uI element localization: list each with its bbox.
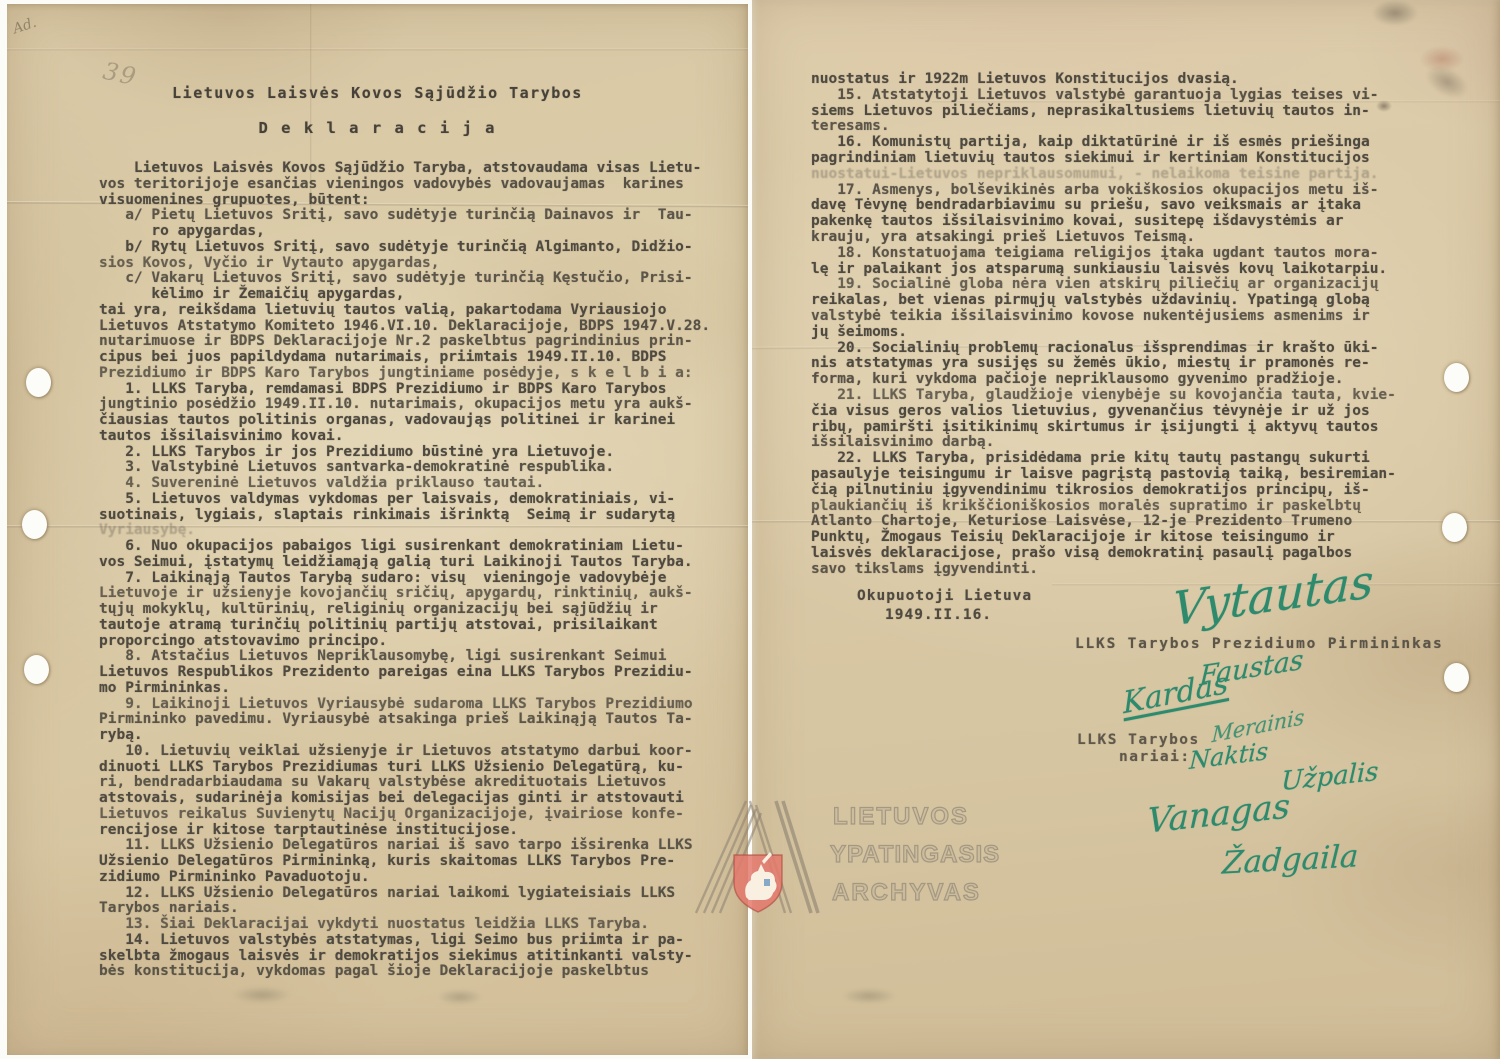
typed-line: 1. LLKS Taryba, remdamasi BDPS Prezidium… (99, 382, 710, 398)
typed-line: jungtinio posėdžio 1949.II.10. nutarimai… (99, 397, 710, 413)
typed-line: Lietuvos Laisvės Kovos Sąjūdžio Taryba, … (99, 161, 710, 177)
typed-line: tųjų mokyklų, kultūrinių, religinių orga… (99, 602, 710, 618)
punch-hole (26, 368, 51, 397)
typed-line: pagrindiniam lietuvių tautos siekimui ir… (811, 151, 1396, 167)
typed-line: tautos išsilaisvinimo kovai. (99, 429, 710, 445)
typed-line: suotinais, lygiais, slaptais rinkimais i… (99, 508, 710, 524)
bleed-through-mark (437, 989, 483, 1005)
typed-line: 8. Atstačius Lietuvos Nepriklausomybę, l… (99, 649, 710, 665)
typed-line: reikalas, bet vienas pirmųjų valstybės u… (811, 293, 1396, 309)
page2-body-text: nuostatus ir 1922m Lietuvos Konstitucijo… (811, 72, 1396, 578)
stain (1420, 59, 1474, 105)
crease-line (7, 48, 748, 51)
page-1: Ad. 39 Lietuvos Laisvės Kovos Sąjūdžio T… (7, 4, 748, 1055)
typed-line: 15. Atstatytoji Lietuvos valstybė garant… (811, 88, 1396, 104)
typed-line: Tarybos nariais. (99, 901, 710, 917)
typed-line: laisvės deklaracijose, prašo visą demokr… (811, 546, 1396, 562)
typed-line: 22. LLKS Taryba, prisidėdama prie kitų t… (811, 451, 1396, 467)
document-title: D e k l a r a c i j a (7, 119, 748, 137)
typed-line: cipus bei juos papildydama nutarimais, p… (99, 350, 710, 366)
typed-line: visuomenines grupuotes, būtent: (99, 193, 710, 209)
signature-zadgaila: Žadgaila (1221, 838, 1359, 881)
typed-line: 2. LLKS Tarybos ir jos Prezidiumo būstin… (99, 445, 710, 461)
typed-line: Punktų, Žmogaus Teisių Deklaracijoje ir … (811, 530, 1396, 546)
typed-line: c/ Vakarų Lietuvos Sritį, savo sudėtyje … (99, 271, 710, 287)
typed-line: b/ Rytų Lietuvos Sritį, savo sudėtyje tu… (99, 240, 710, 256)
typed-line: krauju, yra atsakingi prieš Lietuvos Tei… (811, 230, 1396, 246)
typed-line: ri, bendradarbiaudama su Vakarų valstybė… (99, 775, 710, 791)
typed-line: 3. Valstybinė Lietuvos santvarka-demokra… (99, 460, 710, 476)
signature-vanagas: Vanagas (1147, 786, 1291, 841)
punch-hole (1444, 363, 1469, 392)
typed-line: Lietuvoje ir užsienyje kovojančių sričių… (99, 586, 710, 602)
typed-line: dinuoti LLKS Tarybos Prezidiumas turi LL… (99, 760, 710, 776)
typed-line: tautoje atramą turinčių politinių partij… (99, 618, 710, 634)
typed-line: 7. Laikinąją Tautos Tarybą sudaro: visų … (99, 571, 710, 587)
typed-line: valstybė teikia išsilaisvinimo kovose nu… (811, 309, 1396, 325)
pencil-note: Ad. (11, 15, 38, 37)
typed-line: skelbta žmogaus laisvės ir demokratijos … (99, 949, 710, 965)
typed-line: nutarimuose ir BDPS Deklaracijoje Nr.2 p… (99, 334, 710, 350)
typed-line: 14. Lietuvos valstybės atstatymas, ligi … (99, 933, 710, 949)
typed-line: Užsienio Delegatūros Pirmininką, kuris s… (99, 854, 710, 870)
typed-line: 18. Konstatuojama teigiama religijos įta… (811, 246, 1396, 262)
typed-line: davę Tėvynę bendradarbiavimu su priešu, … (811, 198, 1396, 214)
typed-line: Lietuvos Atstatymo Komiteto 1946.VI.10. … (99, 319, 710, 335)
bleed-through-mark (232, 986, 292, 1004)
typed-line: rybą. (99, 728, 710, 744)
typed-line: 19. Socialinė globa nėra vien atskirų pi… (811, 277, 1396, 293)
typed-line: 16. Komunistų partija, kaip diktatūrinė … (811, 135, 1396, 151)
document-heading: Lietuvos Laisvės Kovos Sąjūdžio Tarybos (7, 84, 748, 102)
typed-line: Prezidiumo ir BDPS Karo Tarybos jungtini… (99, 366, 710, 382)
members-label: nariai: (1119, 749, 1191, 765)
chairman-title: LLKS Tarybos Prezidiumo Pirmininkas (1075, 636, 1444, 652)
typed-line: 17. Asmenys, bolševikinės arba vokiškosi… (811, 183, 1396, 199)
typed-line: forma, kuri vykdoma pačioje nepriklausom… (811, 372, 1396, 388)
signature-uzpalis: Užpalis (1281, 757, 1379, 797)
typed-line: Vyriausybę. (99, 523, 710, 539)
typed-line: čia visus geros valios lietuvius, gyvena… (811, 404, 1396, 420)
typed-line: 4. Suvereninė Lietuvos valdžia priklauso… (99, 476, 710, 492)
typed-line: ribų, pamiršti įsitikinimų skirtumus ir … (811, 420, 1396, 436)
typed-line: vos Seimui, įstatymų leidžiamąją galią t… (99, 555, 710, 571)
typed-line: nuostatus ir 1922m Lietuvos Konstitucijo… (811, 72, 1396, 88)
signature-naktis: Naktis (1189, 737, 1269, 775)
dateline-date: 1949.II.16. (885, 607, 992, 623)
typed-line: 6. Nuo okupacijos pabaigos ligi susirenk… (99, 539, 710, 555)
typed-line: bės konstitucija, vykdomas pagal šioje D… (99, 964, 710, 980)
document-scan: Ad. 39 Lietuvos Laisvės Kovos Sąjūdžio T… (0, 0, 1500, 1059)
punch-hole (1442, 513, 1467, 542)
typed-line: 13. Šiai Deklaracijai vykdyti nuostatus … (99, 917, 710, 933)
stain (1372, 0, 1418, 26)
typed-line: proporcingo atstovavimo principo. (99, 634, 710, 650)
typed-line: Pirmininko pavedimu. Vyriausybė atsaking… (99, 712, 710, 728)
typed-line: jų šeimoms. (811, 325, 1396, 341)
typed-line: nuostatui-Lietuvos nepriklausomumui, - n… (811, 167, 1396, 183)
signature-kardas: Kardas (1122, 666, 1229, 722)
typed-line: pasaulyje teisingumu ir laisve pagrįstą … (811, 467, 1396, 483)
typed-line: plaukiančių iš krikščioniškosios moralės… (811, 499, 1396, 515)
typed-line: išsilaisvinimo darbą. (811, 435, 1396, 451)
punch-hole (24, 655, 49, 684)
typed-line: 20. Socialinių problemų racionalus išspr… (811, 341, 1396, 357)
typed-line: sios Kovos, Vyčio ir Vytauto apygardas, (99, 256, 710, 272)
typed-line: lę ir palaikant jos atsparumą sunkiausiu… (811, 262, 1396, 278)
page1-body-text: Lietuvos Laisvės Kovos Sąjūdžio Taryba, … (99, 161, 710, 980)
members-label: LLKS Tarybos (1077, 732, 1200, 748)
typed-line: čią pilnutiniu įgyvendinimu tikrosios de… (811, 483, 1396, 499)
typed-line: siems Lietuvos piliečiams, neprasikaltus… (811, 104, 1396, 120)
page-2: nuostatus ir 1922m Lietuvos Konstitucijo… (752, 0, 1500, 1059)
typed-line: mo Pirmininkas. (99, 681, 710, 697)
typed-line: čiausias tautos politinis organas, vadov… (99, 413, 710, 429)
punch-hole (22, 510, 47, 539)
bleed-through-mark (842, 988, 896, 1004)
typed-line: teresams. (811, 119, 1396, 135)
typed-line: ro apygardas, (99, 224, 710, 240)
typed-line: rencijose ir kitose tarptautinėse instit… (99, 823, 710, 839)
typed-line: zidiumo Pirmininko Pavaduotoju. (99, 870, 710, 886)
typed-line: nis atstatymas yra susijęs su žemės ūkio… (811, 356, 1396, 372)
typed-line: Lietuvos Respublikos Prezidento pareigas… (99, 665, 710, 681)
punch-hole (1444, 663, 1469, 692)
typed-line: kėlimo ir Žemaičių apygardas, (99, 287, 710, 303)
typed-line: 12. LLKS Užsienio Delegatūros nariai lai… (99, 886, 710, 902)
typed-line: 21. LLKS Taryba, glaudžioje vienybėje su… (811, 388, 1396, 404)
stain (1420, 46, 1464, 72)
typed-line: 5. Lietuvos valdymas vykdomas per laisva… (99, 492, 710, 508)
typed-line: tai yra, reikšdama lietuvių tautos valią… (99, 303, 710, 319)
typed-line: a/ Pietų Lietuvos Sritį, savo sudėtyje t… (99, 208, 710, 224)
dateline-place: Okupuotoji Lietuva (857, 588, 1032, 604)
typed-line: Lietuvos reikalus Suvienytų Nacijų Organ… (99, 807, 710, 823)
typed-line: 11. LLKS Užsienio Delegatūros nariai iš … (99, 838, 710, 854)
typed-line: vos teritorijoje esančias vieningos vado… (99, 177, 710, 193)
typed-line: atstovais, sudarinėja komisijas bei dele… (99, 791, 710, 807)
typed-line: pakenkę tautos išsilaisvinimo kovai, sus… (811, 214, 1396, 230)
typed-line: 10. Lietuvių veiklai užsienyje ir Lietuv… (99, 744, 710, 760)
typed-line: Atlanto Chartoje, Keturiose Laisvėse, 12… (811, 514, 1396, 530)
typed-line: 9. Laikinoji Lietuvos Vyriausybė sudarom… (99, 697, 710, 713)
